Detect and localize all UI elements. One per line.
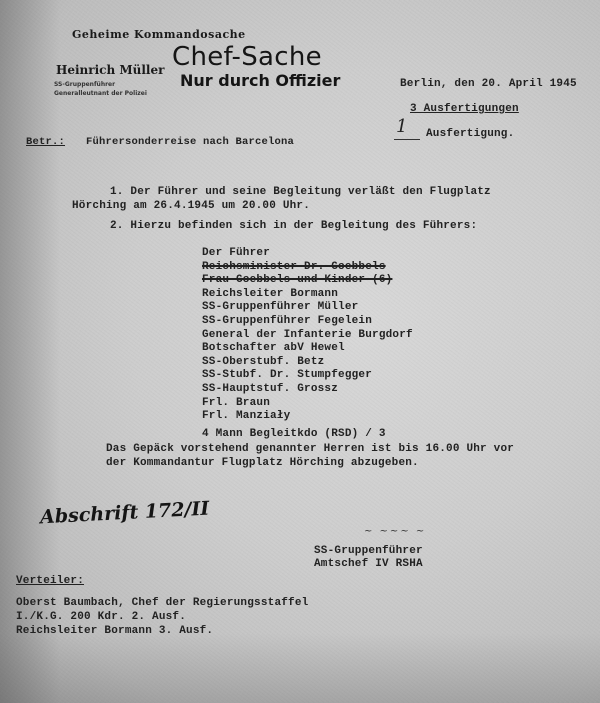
entourage-item: SS-Gruppenführer Müller xyxy=(202,301,413,315)
dateline: Berlin, den 20. April 1945 xyxy=(400,78,577,90)
escort-line: 4 Mann Begleitkdo (RSD) / 3 xyxy=(202,428,386,440)
baggage-line-1: Das Gepäck vorstehend genannter Herren i… xyxy=(106,443,514,455)
sender-rank: SS-Gruppenführer xyxy=(54,81,115,88)
distribution-heading: Verteiler: xyxy=(16,575,84,587)
distribution-line-1: Oberst Baumbach, Chef der Regierungsstaf… xyxy=(16,597,308,609)
sender-title: Generalleutnant der Polizei xyxy=(54,90,147,97)
baggage-line-2: der Kommandantur Flugplatz Hörching abzu… xyxy=(106,457,419,469)
copies-total: 3 Ausfertigungen xyxy=(410,103,519,115)
classification-title: Chef-Sache xyxy=(172,42,322,72)
subject-label: Betr.: xyxy=(26,136,65,148)
entourage-item: General der Infanterie Burgdorf xyxy=(202,329,413,343)
entourage-list: Der FührerReichsminister Dr. GoebbelsFra… xyxy=(202,247,413,424)
signature-office: Amtschef IV RSHA xyxy=(314,558,423,570)
entourage-item: Frl. Manziały xyxy=(202,410,413,424)
entourage-item: Reichsleiter Bormann xyxy=(202,288,413,302)
classification-subtitle: Nur durch Offizier xyxy=(180,71,340,90)
entourage-item: SS-Oberstubf. Betz xyxy=(202,356,413,370)
distribution-line-2: I./K.G. 200 Kdr. 2. Ausf. xyxy=(16,611,186,623)
entourage-item: Der Führer xyxy=(202,247,413,261)
paragraph-1-line-1: 1. Der Führer und seine Begleitung verlä… xyxy=(110,186,491,198)
entourage-item: Frau Goebbels und Kinder (6) xyxy=(202,274,413,288)
paper-shadow-bottom xyxy=(0,633,600,703)
sender-name: Heinrich Müller xyxy=(56,63,164,77)
entourage-item: SS-Stubf. Dr. Stumpfegger xyxy=(202,369,413,383)
copy-number-underline xyxy=(394,139,420,140)
paragraph-1-line-2: Hörching am 26.4.1945 um 20.00 Uhr. xyxy=(72,200,310,212)
copy-label: Ausfertigung. xyxy=(426,128,514,140)
entourage-item: SS-Hauptstuf. Grossz xyxy=(202,383,413,397)
signature-rank: SS-Gruppenführer xyxy=(314,545,423,557)
distribution-line-3: Reichsleiter Bormann 3. Ausf. xyxy=(16,625,213,637)
paragraph-2: 2. Hierzu befinden sich in der Begleitun… xyxy=(110,220,477,232)
copy-number-handwritten: 1 xyxy=(396,116,407,137)
handwritten-reference: Abschrift 172/II xyxy=(40,498,210,529)
entourage-item: Botschafter abV Hewel xyxy=(202,342,413,356)
entourage-item: Frl. Braun xyxy=(202,397,413,411)
entourage-item: SS-Gruppenführer Fegelein xyxy=(202,315,413,329)
signature-scrawl: ~ ~~~ ~ xyxy=(364,526,426,537)
entourage-item: Reichsminister Dr. Goebbels xyxy=(202,261,413,275)
office-stamp: Geheime Kommandosache xyxy=(72,28,246,41)
subject-text: Führersonderreise nach Barcelona xyxy=(86,136,294,148)
